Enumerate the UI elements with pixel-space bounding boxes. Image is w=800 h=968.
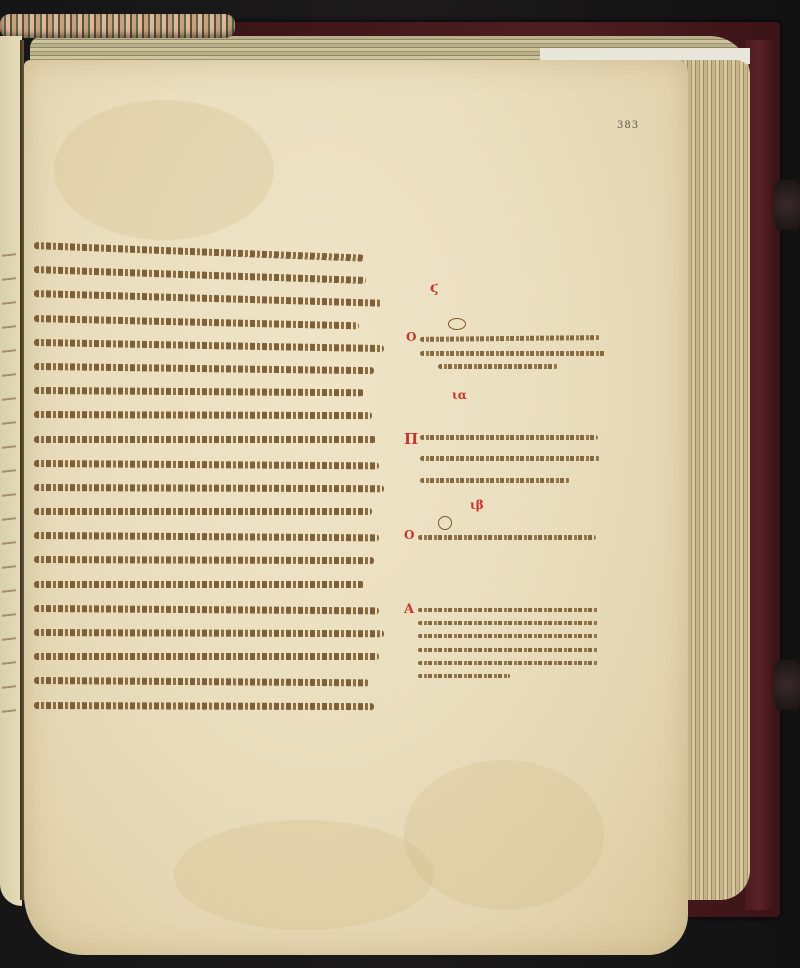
ink-text: [34, 556, 374, 564]
ink-text: [34, 484, 384, 492]
text-line: …: [34, 526, 394, 550]
ink-text: [34, 436, 376, 443]
text-line: …: [34, 623, 394, 647]
text-line: …ἐν τῷ ἀγαθῷ ἡμῶν…: [34, 357, 394, 381]
section-marker: ιβ: [470, 498, 484, 512]
text-line: …: [34, 599, 394, 623]
text-line: …: [34, 502, 394, 526]
text-line: …: [34, 405, 394, 429]
text-line: …: [34, 381, 394, 405]
ink-text: [34, 605, 379, 614]
ink-text: [34, 411, 372, 419]
ink-text: [34, 387, 364, 396]
text-line: …ἱερωσύνῃ καὶ θεὸς χ… τὴν ἐβδομάδα ἀφιέμ…: [34, 236, 394, 260]
text-line: …: [34, 696, 394, 720]
rubric-initial: Π: [404, 430, 418, 448]
clasp-upper: [775, 180, 800, 230]
text-line: καὶ εἶπε τοῦ τέλους ἐκ λαμβάνων…: [34, 309, 394, 333]
ink-text: [34, 508, 372, 515]
rubric-initial: Ο: [406, 330, 416, 344]
text-line: …ἐν ὄρει σοῦ ὃν ἐδόξασε ὁ θεὸς ἡμῶν…: [34, 260, 394, 284]
clasp-lower: [775, 660, 800, 710]
ink-text: [34, 460, 379, 469]
folio-number: 383: [617, 120, 639, 131]
page-block-fore-edge: [680, 60, 750, 900]
section-marker: ια: [452, 388, 467, 402]
headband: [0, 14, 235, 38]
ink-text: [34, 532, 379, 541]
main-text-column: …ἱερωσύνῃ καὶ θεὸς χ… τὴν ἐβδομάδα ἀφιέμ…: [34, 236, 394, 720]
ink-text: [34, 677, 369, 686]
text-line: …: [34, 647, 394, 671]
left-page-edge: [0, 36, 22, 906]
text-line: πρὸς τὸν λαὸν σου ἀκούσωμεν…: [34, 333, 394, 357]
text-line: …: [34, 454, 394, 478]
circle-mark: [438, 516, 452, 530]
rubric-initial: Α: [404, 602, 414, 617]
text-line: …: [34, 671, 394, 695]
text-line: …: [34, 478, 394, 502]
text-line: …: [34, 575, 394, 599]
text-line: …: [34, 550, 394, 574]
rubric-initial: Ο: [404, 528, 414, 542]
ink-text: [34, 629, 384, 637]
ink-text: [34, 653, 379, 660]
ink-text: [34, 702, 374, 710]
section-marker: ϛ: [430, 280, 439, 296]
circle-mark: [448, 318, 466, 330]
ink-text: [34, 581, 364, 588]
text-line: …: [34, 430, 394, 454]
text-line: τὸν μὲν ἔργον θεοῦ ἔστη ἀπὸ φρονήσεως τὰ…: [34, 284, 394, 308]
